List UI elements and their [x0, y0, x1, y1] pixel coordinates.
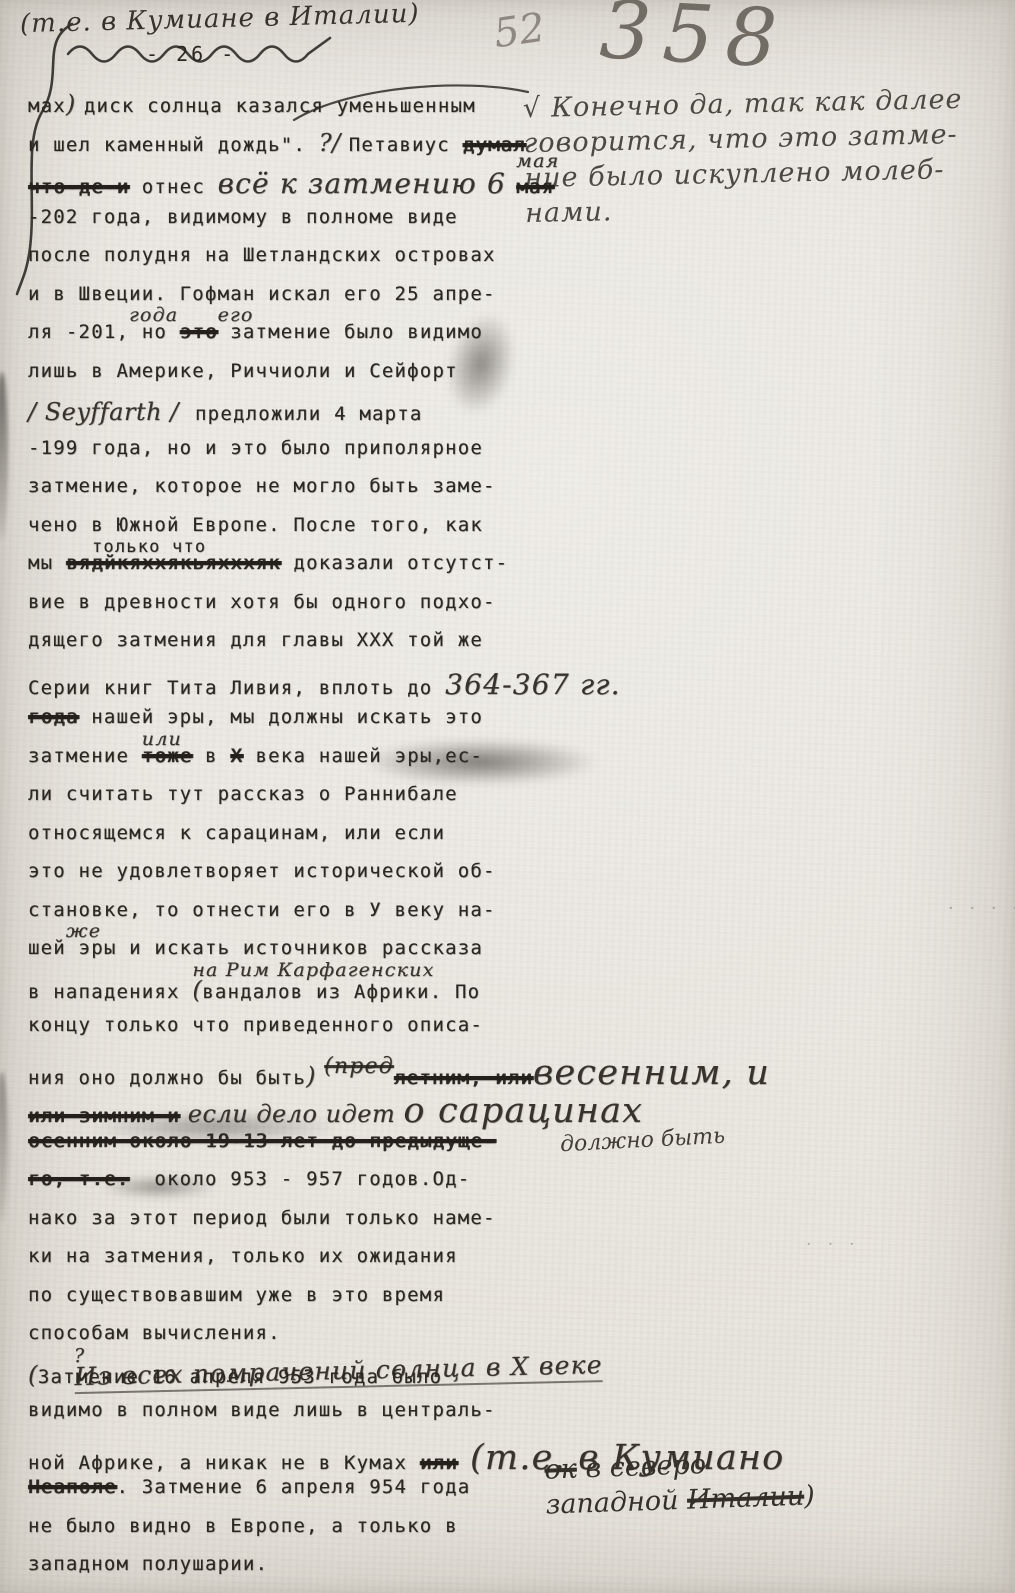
text-line: го, т.е. около 953 - 957 годов.Од- — [28, 1168, 1008, 1207]
handwritten-text: всё к затмению 6 — [218, 167, 517, 200]
scan-edge-artifact — [0, 372, 8, 540]
text-line: -199 года, но и это было приполярное — [28, 437, 1008, 476]
text-line: Неаполе. Затмение 6 апреля 954 года — [28, 1476, 1008, 1515]
text-line: Серии книг Тита Ливия, вплоть до 364-367… — [28, 668, 1008, 707]
typed-text: затмение было видимо — [218, 321, 483, 343]
text-line: или зимним и если дело идет о сарацинах — [28, 1091, 1008, 1130]
typed-text: . Затмение 6 апреля 954 года — [116, 1476, 470, 1498]
struck-typed-text: летним, или — [394, 1067, 533, 1089]
handwritten-text: если дело идет — [180, 1100, 404, 1128]
typed-text: концу только что приведенного описа- — [28, 1014, 483, 1036]
archive-page-number: 358 — [598, 0, 791, 86]
text-line: западном полушарии. — [28, 1553, 1008, 1592]
typed-text: и в Швеции. Гофман искал его 25 апре- — [28, 283, 496, 305]
typed-text: Затмение 16 апреля 953 года было — [38, 1366, 442, 1388]
text-line: -202 года, видимому в полноме виде — [28, 206, 1008, 245]
text-line: ной Африке, а никак не в Кумах или (т.е.… — [28, 1438, 1008, 1477]
typed-text: ли считать тут рассказ о Раннибале — [28, 783, 458, 805]
typed-text: ния оно должно бы быть — [28, 1067, 306, 1089]
typed-text: диск солнца казался уменьшенным — [84, 95, 476, 117]
typed-text: Петавиус — [349, 134, 463, 156]
struck-typed-text: что-де-и — [28, 176, 129, 198]
struck-typed-text: или зимним и — [28, 1105, 180, 1127]
text-line: ля -201,года но этоего затмение было вид… — [28, 321, 1008, 360]
text-line: (Затмение 16 апреля 953 года было — [28, 1361, 1008, 1400]
text-line: видимо в полном виде лишь в централь- — [28, 1399, 1008, 1438]
text-line: лишь в Америке, Риччиоли и Сейфорт — [28, 360, 1008, 399]
typed-text: в нападениях — [28, 981, 192, 1003]
text-line: дящего затмения для главы XXX той же — [28, 629, 1008, 668]
text-line: в нападениях на Рим Карфагенских(вандало… — [28, 976, 1008, 1015]
typed-text: вие в древности хотя бы одного подхо- — [28, 591, 496, 613]
text-line: мах) диск солнца казался уменьшенным — [28, 90, 1008, 129]
typed-text: способам вычисления. — [28, 1322, 281, 1344]
typed-text: и шел каменный дождь". — [28, 134, 319, 156]
struck-typed-text: вядйкяххякьяхххяк — [66, 552, 281, 574]
text-line: по существовавшим уже в это время — [28, 1284, 1008, 1323]
text-line: затмение илитоже в Х века нашей эры,ес- — [28, 745, 1008, 784]
typed-text: в — [192, 745, 230, 767]
text-line: / Seyffarth / предложили 4 марта — [28, 398, 1008, 437]
text-line: концу только что приведенного описа- — [28, 1014, 1008, 1053]
handwritten-text: ( — [28, 1361, 38, 1389]
handwritten-text: 364-367 гг. — [445, 668, 621, 701]
handwritten-text-large: весенним, и — [533, 1053, 770, 1093]
typed-text-block: мах) диск солнца казался уменьшенными ше… — [28, 90, 1008, 1592]
text-line: нако за этот период были только наме- — [28, 1207, 1008, 1246]
typed-text: западном полушарии. — [28, 1553, 268, 1575]
text-line: мы вядйкяххякьяхххяк доказали отсутст- — [28, 552, 1008, 591]
handwritten-insert-above: же — [66, 920, 101, 942]
typed-text: мах — [28, 95, 66, 117]
typed-text: доказали отсутст- — [281, 552, 509, 574]
handwritten-insert-above: или — [142, 728, 182, 750]
typed-text: затмение — [28, 745, 142, 767]
handwritten-text: ) — [306, 1062, 324, 1090]
text-line: вие в древности хотя бы одного подхо- — [28, 591, 1008, 630]
struck-typed-text: осенним около 19-13 лет до предыдуще- — [28, 1130, 496, 1152]
header-handwritten-note: (т.е. в Кумиане в Италии) — [20, 0, 420, 39]
typed-text: затмение, которое не могло быть заме- — [28, 475, 496, 497]
handwritten-insert-above: его — [218, 304, 254, 326]
typed-text: это не удовлетворяет исторической об- — [28, 860, 496, 882]
handwritten-text: ?/ — [319, 129, 349, 157]
typed-text: Серии книг Тита Ливия, вплоть до — [28, 677, 445, 699]
typed-text: отнес — [129, 176, 217, 198]
text-line: ки на затмения, только их ожидания — [28, 1245, 1008, 1284]
typed-text: ной Африке, а никак не в Кумах — [28, 1452, 420, 1474]
typed-text: чено в Южной Европе. После того, как — [28, 514, 483, 536]
text-line: становке, то отнести его в У веку на- — [28, 899, 1008, 938]
handwritten-text-large: о сарацинах — [403, 1091, 643, 1131]
typed-text: века нашей эры,ес- — [243, 745, 483, 767]
typed-text: шей — [28, 937, 66, 959]
text-line: не было видно в Европе, а только в — [28, 1515, 1008, 1554]
scan-edge-artifact — [0, 1072, 8, 1222]
struck-typed-text: Неаполе — [28, 1476, 116, 1498]
text-line: шейже эры и искать источников рассказа — [28, 937, 1008, 976]
typed-text: нако за этот период были только наме- — [28, 1207, 496, 1229]
typed-text: мы — [28, 552, 66, 574]
typed-text: -199 года, но и это было приполярное — [28, 437, 483, 459]
typed-text: -202 года, видимому в полноме виде — [28, 206, 458, 228]
text-line: это не удовлетворяет исторической об- — [28, 860, 1008, 899]
page-number: - 26 - — [146, 42, 236, 66]
typed-text: после полудня на Шетландских островах — [28, 244, 496, 266]
text-line: затмение, которое не могло быть заме- — [28, 475, 1008, 514]
typed-text: вандалов из Африки. По — [202, 981, 480, 1003]
typed-text: становке, то отнести его в У веку на- — [28, 899, 496, 921]
typed-text: не было видно в Европе, а только в — [28, 1515, 458, 1537]
typed-text: нашей эры, мы должны искать это — [79, 706, 483, 728]
typed-text: ки на затмения, только их ожидания — [28, 1245, 458, 1267]
typed-text: дящего затмения для главы XXX той же — [28, 629, 483, 651]
struck-typed-text: Х — [230, 745, 243, 767]
handwritten-insert-above: года — [129, 304, 178, 326]
handwritten-insert-above: мая — [516, 150, 559, 172]
text-line: относящемся к сарацинам, или если — [28, 822, 1008, 861]
typed-text: около 953 - 957 годов.Од- — [129, 1168, 470, 1190]
struck-typed-text: го, т.е. — [28, 1168, 129, 1190]
typed-text: ля -201, — [28, 321, 129, 343]
text-line: ли считать тут рассказ о Раннибале — [28, 783, 1008, 822]
typed-text: эры и искать источников рассказа — [66, 937, 483, 959]
text-line: что-де-и отнес всё к затмению 6 маямая — [28, 167, 1008, 206]
struck-typed-text: или — [420, 1452, 458, 1474]
handwritten-text-large: (т.е. в Кумиано — [458, 1438, 785, 1478]
typed-text: видимо в полном виде лишь в централь- — [28, 1399, 496, 1421]
struck-typed-text: года — [28, 706, 79, 728]
text-line: осенним около 19-13 лет до предыдуще- — [28, 1130, 1008, 1169]
typed-text: предложили 4 марта — [195, 403, 423, 425]
struck-handwritten-text: (пред — [324, 1054, 394, 1079]
typed-text: относящемся к сарацинам, или если — [28, 822, 445, 844]
handwritten-insert-above: на Рим Карфагенских — [192, 959, 434, 981]
text-line: после полудня на Шетландских островах — [28, 244, 1008, 283]
handwritten-text: / Seyffarth / — [28, 398, 195, 426]
document-page: (т.е. в Кумиане в Италии) - 26 - 52 358 … — [0, 0, 1015, 1593]
struck-typed-text: мая — [516, 176, 554, 198]
typed-text: лишь в Америке, Риччиоли и Сейфорт — [28, 360, 458, 382]
text-line: ния оно должно бы быть) (предлетним, или… — [28, 1053, 1008, 1092]
pencil-sheet-number: 52 — [491, 5, 548, 58]
typed-text: по существовавшим уже в это время — [28, 1284, 445, 1306]
struck-typed-text: это — [180, 321, 218, 343]
handwritten-text: ) — [66, 90, 84, 118]
